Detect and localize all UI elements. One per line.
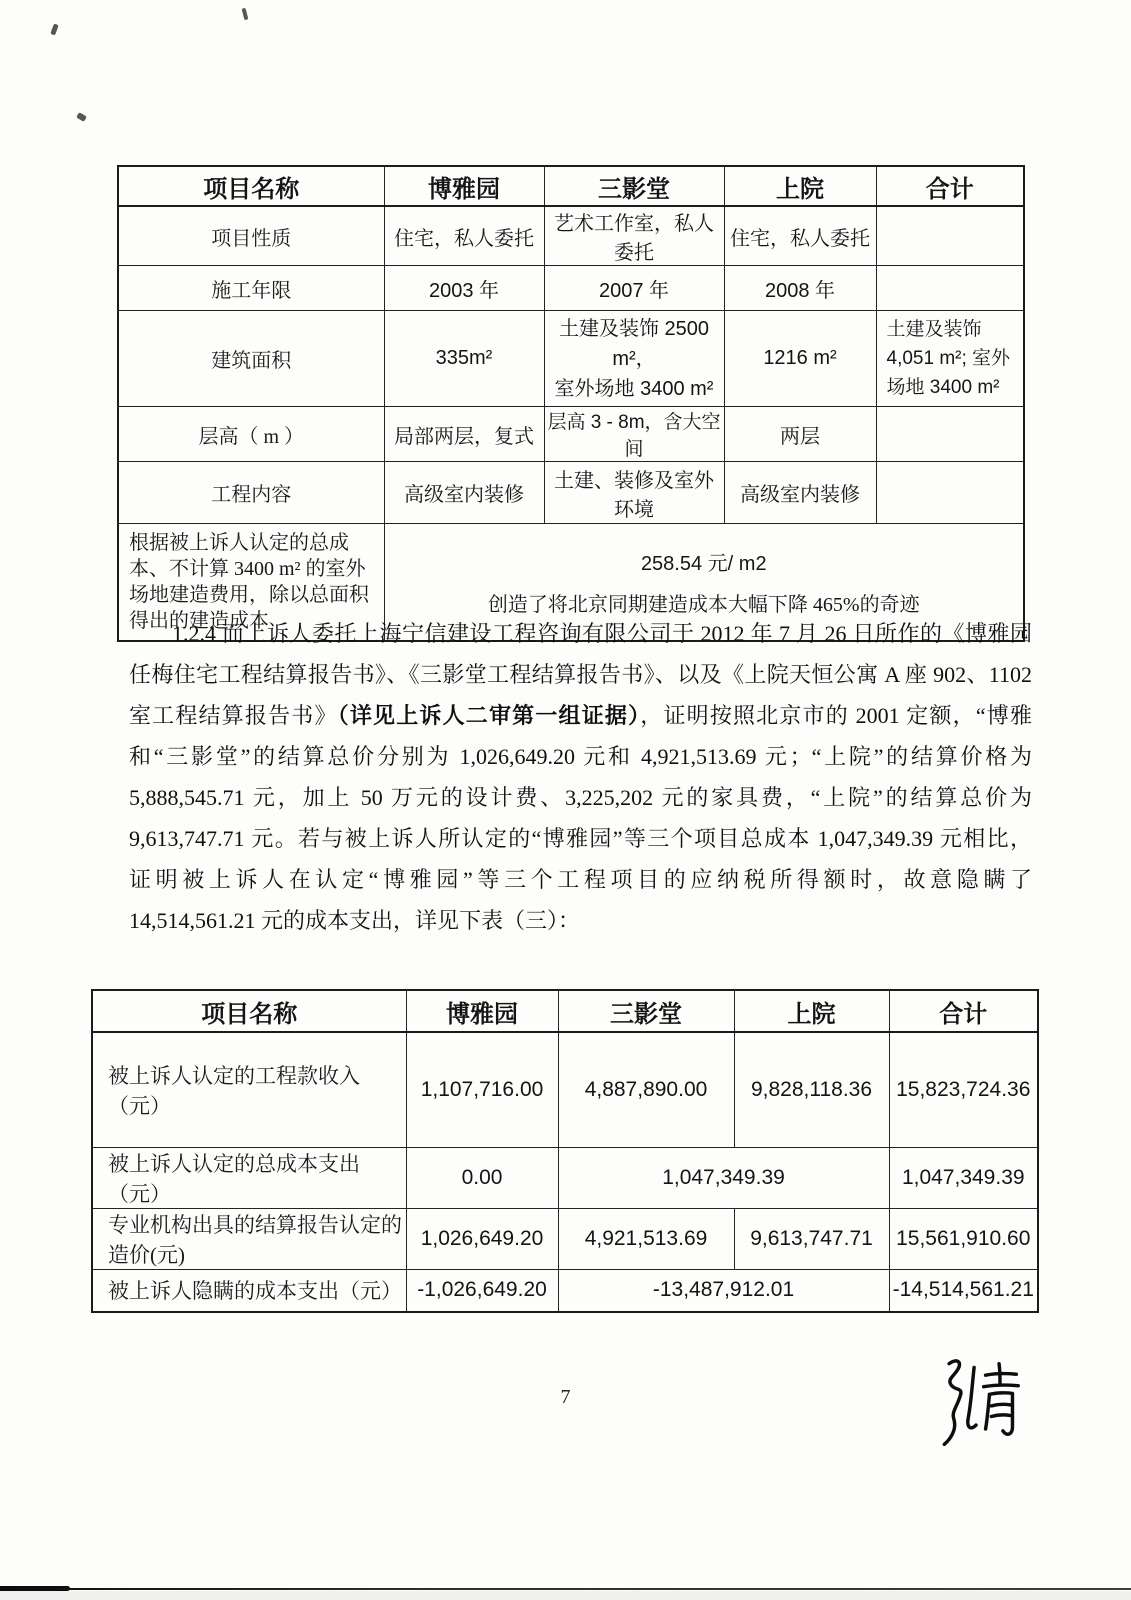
row-label: 建筑面积 xyxy=(118,311,384,407)
table-row: 层高（ m ） 局部两层，复式 层高 3 - 8m，含大空间 两层 xyxy=(118,407,1024,462)
cell-value: 335m² xyxy=(384,311,544,407)
table-row: 建筑面积 335m² 土建及装饰 2500 m²， 室外场地 3400 m² 1… xyxy=(118,311,1024,407)
cell-value: 1,026,649.20 xyxy=(406,1208,558,1269)
signature-stroke xyxy=(986,1394,990,1429)
scan-speck xyxy=(242,8,249,21)
cell-value: 15,823,724.36 xyxy=(889,1032,1038,1147)
cell-value-merged: -13,487,912.01 xyxy=(558,1269,889,1312)
header-cell-boyayuan: 博雅园 xyxy=(384,166,544,206)
paragraph-line: 室工程结算报告书》（详见上诉人二审第一组证据），证明按照北京市的 2001 定额… xyxy=(129,695,1032,736)
cell-value xyxy=(876,407,1024,462)
cell-value: 1,107,716.00 xyxy=(406,1032,558,1147)
cell-value: -1,026,649.20 xyxy=(406,1269,558,1312)
project-comparison-table: 项目名称 博雅园 三影堂 上院 合计 项目性质 住宅，私人委托 艺术工作室，私人… xyxy=(117,165,1025,642)
cell-value: 2008 年 xyxy=(724,266,876,311)
scan-artifact-line xyxy=(0,1588,1131,1590)
cell-value: 土建、装修及室外环境 xyxy=(544,462,724,524)
table-header-row: 项目名称 博雅园 三影堂 上院 合计 xyxy=(118,166,1024,206)
row-label: 层高（ m ） xyxy=(118,407,384,462)
cell-value: -14,514,561.21 xyxy=(889,1269,1038,1312)
table-row: 被上诉人隐瞒的成本支出（元） -1,026,649.20 -13,487,912… xyxy=(92,1269,1038,1312)
cell-value xyxy=(876,266,1024,311)
cell-value xyxy=(876,206,1024,266)
paragraph-text: 室工程结算报告书》 xyxy=(129,703,338,728)
cell-value: 15,561,910.60 xyxy=(889,1208,1038,1269)
handwritten-signature xyxy=(928,1356,1024,1452)
table-row: 被上诉人认定的总成本支出（元） 0.00 1,047,349.39 1,047,… xyxy=(92,1147,1038,1208)
header-cell-total: 合计 xyxy=(889,990,1038,1032)
cost-comparison-table-wrap: 项目名称 博雅园 三影堂 上院 合计 被上诉人认定的工程款收入（元） 1,107… xyxy=(91,989,1039,1313)
table-row: 工程内容 高级室内装修 土建、装修及室外环境 高级室内装修 xyxy=(118,462,1024,524)
row-label: 专业机构出具的结算报告认定的造价(元) xyxy=(92,1208,406,1269)
header-cell-total: 合计 xyxy=(876,166,1024,206)
scan-edge xyxy=(0,1591,1131,1600)
header-cell-project-name: 项目名称 xyxy=(118,166,384,206)
header-cell-boyayuan: 博雅园 xyxy=(406,990,558,1032)
cell-value-merged: 1,047,349.39 xyxy=(558,1147,889,1208)
body-paragraph: 1.2.4 而上诉人委托上海宁信建设工程咨询有限公司于 2012 年 7 月 2… xyxy=(129,613,1032,941)
table-row: 项目性质 住宅，私人委托 艺术工作室，私人委托 住宅，私人委托 xyxy=(118,206,1024,266)
header-cell-shangyuan: 上院 xyxy=(724,166,876,206)
paragraph-line: 任梅住宅工程结算报告书》、《三影堂工程结算报告书》、以及《上院天恒公寓 A 座 … xyxy=(129,654,1032,695)
evidence-reference-bold: （详见上诉人二审第一组证据） xyxy=(338,703,641,728)
cell-value: 高级室内装修 xyxy=(724,462,876,524)
cell-value: 2003 年 xyxy=(384,266,544,311)
paragraph-line: 9,613,747.71 元。若与被上诉人所认定的“博雅园”等三个项目总成本 1… xyxy=(129,818,1032,859)
header-cell-shangyuan: 上院 xyxy=(734,990,889,1032)
cell-value: 1,047,349.39 xyxy=(889,1147,1038,1208)
row-label: 项目性质 xyxy=(118,206,384,266)
unit-cost-value: 258.54 元/ m2 xyxy=(385,547,1024,576)
row-label: 被上诉人认定的工程款收入（元） xyxy=(92,1032,406,1147)
signature-stroke xyxy=(999,1364,1000,1383)
header-cell-sanyingtang: 三影堂 xyxy=(558,990,734,1032)
header-cell-project-name: 项目名称 xyxy=(92,990,406,1032)
paragraph-line: 1.2.4 而上诉人委托上海宁信建设工程咨询有限公司于 2012 年 7 月 2… xyxy=(129,613,1032,654)
project-comparison-table-wrap: 项目名称 博雅园 三影堂 上院 合计 项目性质 住宅，私人委托 艺术工作室，私人… xyxy=(117,165,1025,642)
signature-stroke xyxy=(984,1385,1019,1387)
paragraph-line: 14,514,561.21 元的成本支出，详见下表（三）： xyxy=(129,900,1032,941)
cell-value: 艺术工作室，私人委托 xyxy=(544,206,724,266)
cell-value: 住宅，私人委托 xyxy=(724,206,876,266)
table-row: 专业机构出具的结算报告认定的造价(元) 1,026,649.20 4,921,5… xyxy=(92,1208,1038,1269)
cell-value: 4,887,890.00 xyxy=(558,1032,734,1147)
cell-value: 层高 3 - 8m，含大空间 xyxy=(544,407,724,462)
cell-value xyxy=(876,462,1024,524)
header-cell-sanyingtang: 三影堂 xyxy=(544,166,724,206)
paragraph-line: 5,888,545.71 元，加上 50 万元的设计费、3,225,202 元的… xyxy=(129,777,1032,818)
table-header-row: 项目名称 博雅园 三影堂 上院 合计 xyxy=(92,990,1038,1032)
signature-stroke xyxy=(944,1394,960,1444)
cell-value: 住宅，私人委托 xyxy=(384,206,544,266)
cell-value: 土建及装饰 4,051 m²; 室外场地 3400 m² xyxy=(876,311,1024,407)
row-label: 施工年限 xyxy=(118,266,384,311)
signature-stroke xyxy=(968,1368,976,1428)
cell-value: 两层 xyxy=(724,407,876,462)
scan-speck xyxy=(50,23,58,35)
row-label: 被上诉人认定的总成本支出（元） xyxy=(92,1147,406,1208)
row-label: 被上诉人隐瞒的成本支出（元） xyxy=(92,1269,406,1312)
table-row: 被上诉人认定的工程款收入（元） 1,107,716.00 4,887,890.0… xyxy=(92,1032,1038,1147)
signature-stroke xyxy=(949,1361,961,1394)
table-row: 施工年限 2003 年 2007 年 2008 年 xyxy=(118,266,1024,311)
signature-stroke xyxy=(991,1404,1010,1406)
cell-value: 9,613,747.71 xyxy=(734,1208,889,1269)
cell-value: 9,828,118.36 xyxy=(734,1032,889,1147)
signature-stroke xyxy=(991,1415,1010,1417)
scanned-document-page: 项目名称 博雅园 三影堂 上院 合计 项目性质 住宅，私人委托 艺术工作室，私人… xyxy=(0,0,1131,1600)
cell-value: 局部两层，复式 xyxy=(384,407,544,462)
row-label: 工程内容 xyxy=(118,462,384,524)
cell-value: 土建及装饰 2500 m²， 室外场地 3400 m² xyxy=(544,311,724,407)
cost-comparison-table: 项目名称 博雅园 三影堂 上院 合计 被上诉人认定的工程款收入（元） 1,107… xyxy=(91,989,1039,1313)
paragraph-line: 证明被上诉人在认定“博雅园”等三个工程项目的应纳税所得额时，故意隐瞒了 xyxy=(129,859,1032,900)
scan-speck xyxy=(76,112,87,122)
cell-value: 0.00 xyxy=(406,1147,558,1208)
cell-value: 2007 年 xyxy=(544,266,724,311)
cell-value: 1216 m² xyxy=(724,311,876,407)
cell-value: 4,921,513.69 xyxy=(558,1208,734,1269)
paragraph-line: 和“三影堂”的结算总价分别为 1,026,649.20 元和 4,921,513… xyxy=(129,736,1032,777)
cell-value: 高级室内装修 xyxy=(384,462,544,524)
